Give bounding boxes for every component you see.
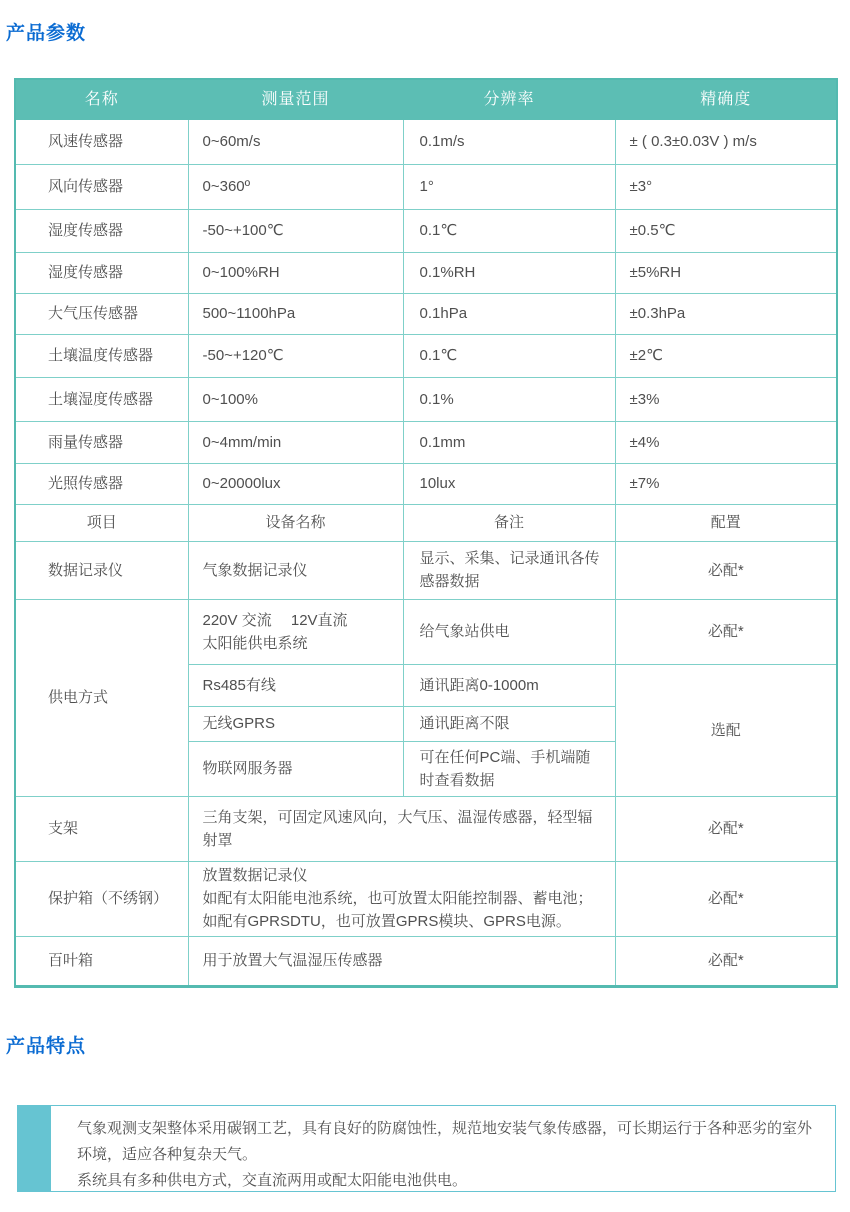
equipment-note: 可在任何PC端、手机端随时查看数据 [403,741,615,796]
page: 产品参数 名称 测量范围 分辨率 精确度 风速传感器 0~60m/s 0.1m/… [0,0,850,1212]
sensor-resolution: 1° [403,164,615,209]
equipment-item: 百叶箱 [15,936,188,986]
equipment-desc: 三角支架，可固定风速风向，大气压、温湿传感器，轻型辐射罩 [188,796,615,861]
equipment-device: 气象数据记录仪 [188,541,403,599]
table-row: 数据记录仪 气象数据记录仪 显示、采集、记录通讯各传感器数据 必配* [15,541,837,599]
equipment-device: 无线GPRS [188,706,403,741]
features-box: 气象观测支架整体采用碳钢工艺，具有良好的防腐蚀性，规范地安装气象传感器，可长期运… [17,1105,836,1192]
table-row: 支架 三角支架，可固定风速风向，大气压、温湿传感器，轻型辐射罩 必配* [15,796,837,861]
sensor-resolution: 0.1℃ [403,209,615,252]
power-device-line2: 太阳能供电系统 [203,632,395,655]
sensor-accuracy: ±7% [615,463,837,504]
features-accent-bar [18,1106,51,1191]
sensor-name: 湿度传感器 [15,252,188,293]
table-row: 湿度传感器 0~100%RH 0.1%RH ±5%RH [15,252,837,293]
header-resolution: 分辨率 [403,79,615,119]
subheader-device: 设备名称 [188,504,403,541]
protect-desc-line1: 放置数据记录仪 [203,864,607,887]
equipment-note: 显示、采集、记录通讯各传感器数据 [403,541,615,599]
table-row: 百叶箱 用于放置大气温湿压传感器 必配* [15,936,837,986]
sensor-name: 雨量传感器 [15,421,188,463]
sensor-range: 0~60m/s [188,119,403,164]
sensor-name: 土壤温度传感器 [15,334,188,377]
equipment-item: 保护箱（不绣钢） [15,861,188,936]
table-row: 土壤温度传感器 -50~+120℃ 0.1℃ ±2℃ [15,334,837,377]
power-label-cell: 供电方式 [15,599,188,796]
table-row: 雨量传感器 0~4mm/min 0.1mm ±4% [15,421,837,463]
sensor-range: 0~20000lux [188,463,403,504]
table-header-row: 名称 测量范围 分辨率 精确度 [15,79,837,119]
equipment-note: 通讯距离0-1000m [403,664,615,706]
features-section-title: 产品特点 [6,1031,86,1058]
table-row: 供电方式 220V 交流 12V直流 太阳能供电系统 给气象站供电 必配* [15,599,837,664]
table-row: 湿度传感器 -50~+100℃ 0.1℃ ±0.5℃ [15,209,837,252]
params-section-title: 产品参数 [6,18,86,45]
equipment-item: 支架 [15,796,188,861]
features-text: 气象观测支架整体采用碳钢工艺，具有良好的防腐蚀性，规范地安装气象传感器，可长期运… [51,1106,835,1191]
equipment-device: Rs485有线 [188,664,403,706]
sensor-resolution: 0.1%RH [403,252,615,293]
equipment-desc: 放置数据记录仪 如配有太阳能电池系统，也可放置太阳能控制器、蓄电池； 如配有GP… [188,861,615,936]
bracket-desc: 三角支架，可固定风速风向，大气压、温湿传感器，轻型辐射罩 [203,806,595,852]
sensor-resolution: 0.1℃ [403,334,615,377]
sensor-accuracy: ±2℃ [615,334,837,377]
sensor-resolution: 10lux [403,463,615,504]
equipment-note: 通讯距离不限 [403,706,615,741]
sensor-accuracy: ±4% [615,421,837,463]
louver-desc: 用于放置大气温湿压传感器 [188,936,615,986]
config-badge: 必配* [615,861,837,936]
sensor-name: 光照传感器 [15,463,188,504]
sensor-accuracy: ±0.3hPa [615,293,837,334]
subheader-item: 项目 [15,504,188,541]
sensor-name: 湿度传感器 [15,209,188,252]
sensor-range: -50~+100℃ [188,209,403,252]
config-badge: 必配* [615,936,837,986]
sensor-accuracy: ±3° [615,164,837,209]
table-row: 大气压传感器 500~1100hPa 0.1hPa ±0.3hPa [15,293,837,334]
header-range: 测量范围 [188,79,403,119]
equipment-device: 220V 交流 12V直流 太阳能供电系统 [188,599,403,664]
sensor-range: 0~100%RH [188,252,403,293]
sensor-range: 500~1100hPa [188,293,403,334]
protect-desc-line2: 如配有太阳能电池系统，也可放置太阳能控制器、蓄电池； [203,887,607,910]
params-table: 名称 测量范围 分辨率 精确度 风速传感器 0~60m/s 0.1m/s ± (… [14,78,838,988]
sensor-name: 大气压传感器 [15,293,188,334]
equipment-note: 给气象站供电 [403,599,615,664]
table-row: 光照传感器 0~20000lux 10lux ±7% [15,463,837,504]
config-badge: 必配* [615,599,837,664]
sensor-resolution: 0.1% [403,377,615,421]
config-badge: 必配* [615,796,837,861]
sensor-name: 土壤湿度传感器 [15,377,188,421]
subheader-config: 配置 [615,504,837,541]
table-row: 保护箱（不绣钢） 放置数据记录仪 如配有太阳能电池系统，也可放置太阳能控制器、蓄… [15,861,837,936]
table-row: 风速传感器 0~60m/s 0.1m/s ± ( 0.3±0.03V ) m/s [15,119,837,164]
header-accuracy: 精确度 [615,79,837,119]
sensor-accuracy: ±5%RH [615,252,837,293]
config-badge: 必配* [615,541,837,599]
sensor-range: 0~4mm/min [188,421,403,463]
table-row: 土壤湿度传感器 0~100% 0.1% ±3% [15,377,837,421]
features-line1: 气象观测支架整体采用碳钢工艺，具有良好的防腐蚀性，规范地安装气象传感器，可长期运… [77,1116,817,1168]
config-badge-optional: 选配 [615,664,837,796]
header-name: 名称 [15,79,188,119]
sensor-resolution: 0.1m/s [403,119,615,164]
sensor-range: -50~+120℃ [188,334,403,377]
protect-desc-line3: 如配有GPRSDTU，也可放置GPRS模块、GPRS电源。 [203,910,607,933]
equipment-device: 物联网服务器 [188,741,403,796]
sensor-range: 0~100% [188,377,403,421]
subheader-note: 备注 [403,504,615,541]
sensor-accuracy: ± ( 0.3±0.03V ) m/s [615,119,837,164]
sensor-accuracy: ±0.5℃ [615,209,837,252]
sensor-resolution: 0.1hPa [403,293,615,334]
sensor-name: 风向传感器 [15,164,188,209]
sensor-range: 0~360º [188,164,403,209]
sensor-resolution: 0.1mm [403,421,615,463]
power-device-line1: 220V 交流 12V直流 [203,609,395,632]
equipment-item: 数据记录仪 [15,541,188,599]
sensor-accuracy: ±3% [615,377,837,421]
sensor-name: 风速传感器 [15,119,188,164]
features-line2: 系统具有多种供电方式，交直流两用或配太阳能电池供电。 [77,1168,817,1194]
table-row: 风向传感器 0~360º 1° ±3° [15,164,837,209]
table-subheader-row: 项目 设备名称 备注 配置 [15,504,837,541]
